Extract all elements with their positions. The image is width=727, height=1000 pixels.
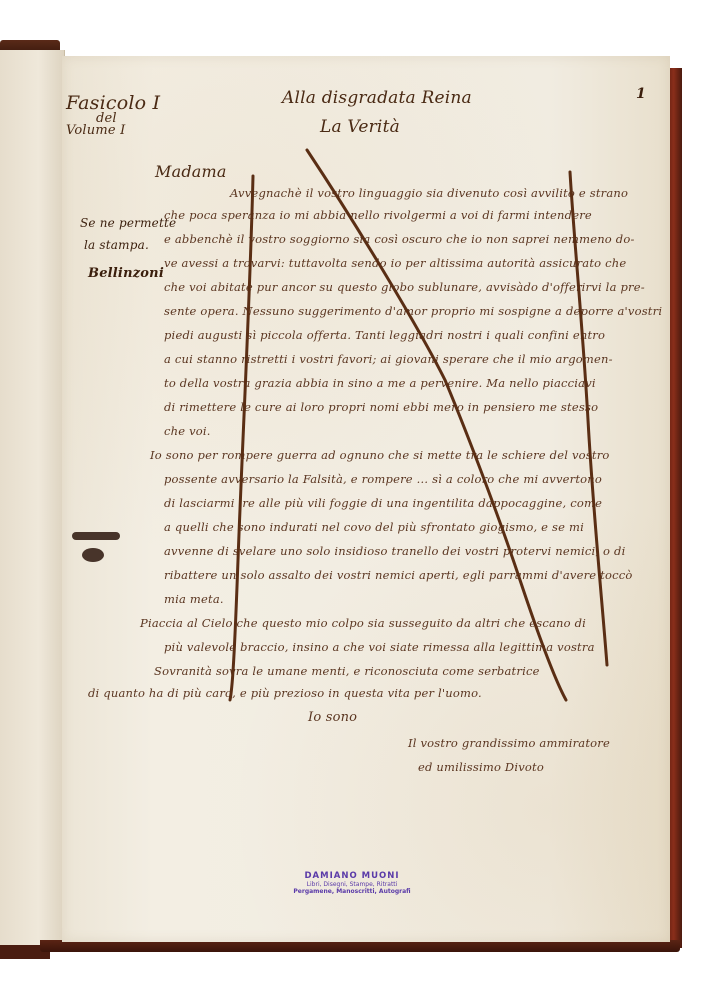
body-line: che voi. [164,424,211,438]
signature-line-1: Il vostro grandissimo ammiratore [408,736,610,750]
left-facing-page [0,50,65,945]
body-line: sente opera. Nessuno suggerimento d'amor… [164,304,662,318]
body-line: e abbenchè il vostro soggiorno sia così … [164,232,635,246]
closing: Io sono [308,710,357,725]
dealer-stamp: DAMIANO MUONI Libri, Disegni, Stampe, Ri… [292,872,412,896]
body-line: che voi abitate pur ancor su questo glob… [164,280,645,294]
body-line: che poca speranza io mi abbia nello rivo… [164,208,592,222]
body-line: ribattere un solo assalto dei vostri nem… [164,568,633,582]
body-line: più valevole braccio, insino a che voi s… [164,640,595,654]
body-line: piedi augusti sì piccola offerta. Tanti … [164,328,605,342]
body-line: mia meta. [164,592,224,606]
binding-right-edge [668,68,682,948]
body-line: Sovranità sovra le umane menti, e ricono… [154,664,540,678]
title-line-2: La Verità [320,117,400,137]
margin-blot-icon [72,532,120,540]
body-line: Io sono per rompere guerra ad ognuno che… [150,448,610,462]
margin-note-signature: Bellinzoni [88,266,164,281]
body-line: a cui stanno ristretti i vostri favori; … [164,352,613,366]
body-line: avvenne di svelare uno solo insidioso tr… [164,544,625,558]
margin-blot-icon-2 [82,548,104,562]
body-line: Avvegnachè il vostro linguaggio sia dive… [230,186,628,200]
body-line: di quanto ha di più caro, e più prezioso… [88,686,482,700]
body-line: di rimettere le cure ai loro propri nomi… [164,400,598,414]
manuscript-book-photo: Fasicolo I del Volume I 1 Alla disgradat… [0,0,727,1000]
salutation: Madama [155,162,227,181]
margin-note-permission: Se ne permette [80,216,176,230]
title-line-1: Alla disgradata Reina [282,88,472,108]
body-line: to della vostra grazia abbia in sino a m… [164,376,596,390]
body-line: Piaccia al Cielo che questo mio colpo si… [140,616,586,630]
page-number: 1 [636,86,646,102]
dealer-stamp-line-3: Pergamene, Manoscritti, Autografi [292,889,412,896]
body-line: possente avversario la Falsità, e romper… [164,472,602,486]
body-line: ve avessi a trovarvi: tuttavolta sendo i… [164,256,626,270]
body-line: di lasciarmi ire alle più vili foggie di… [164,496,602,510]
folder-note-line-3: Volume I [66,123,160,138]
folder-note: Fasicolo I del Volume I [66,92,160,138]
signature-line-2: ed umilissimo Divoto [418,760,544,774]
body-line: a quelli che sono indurati nel covo del … [164,520,584,534]
margin-note-stampa: la stampa. [84,238,149,252]
